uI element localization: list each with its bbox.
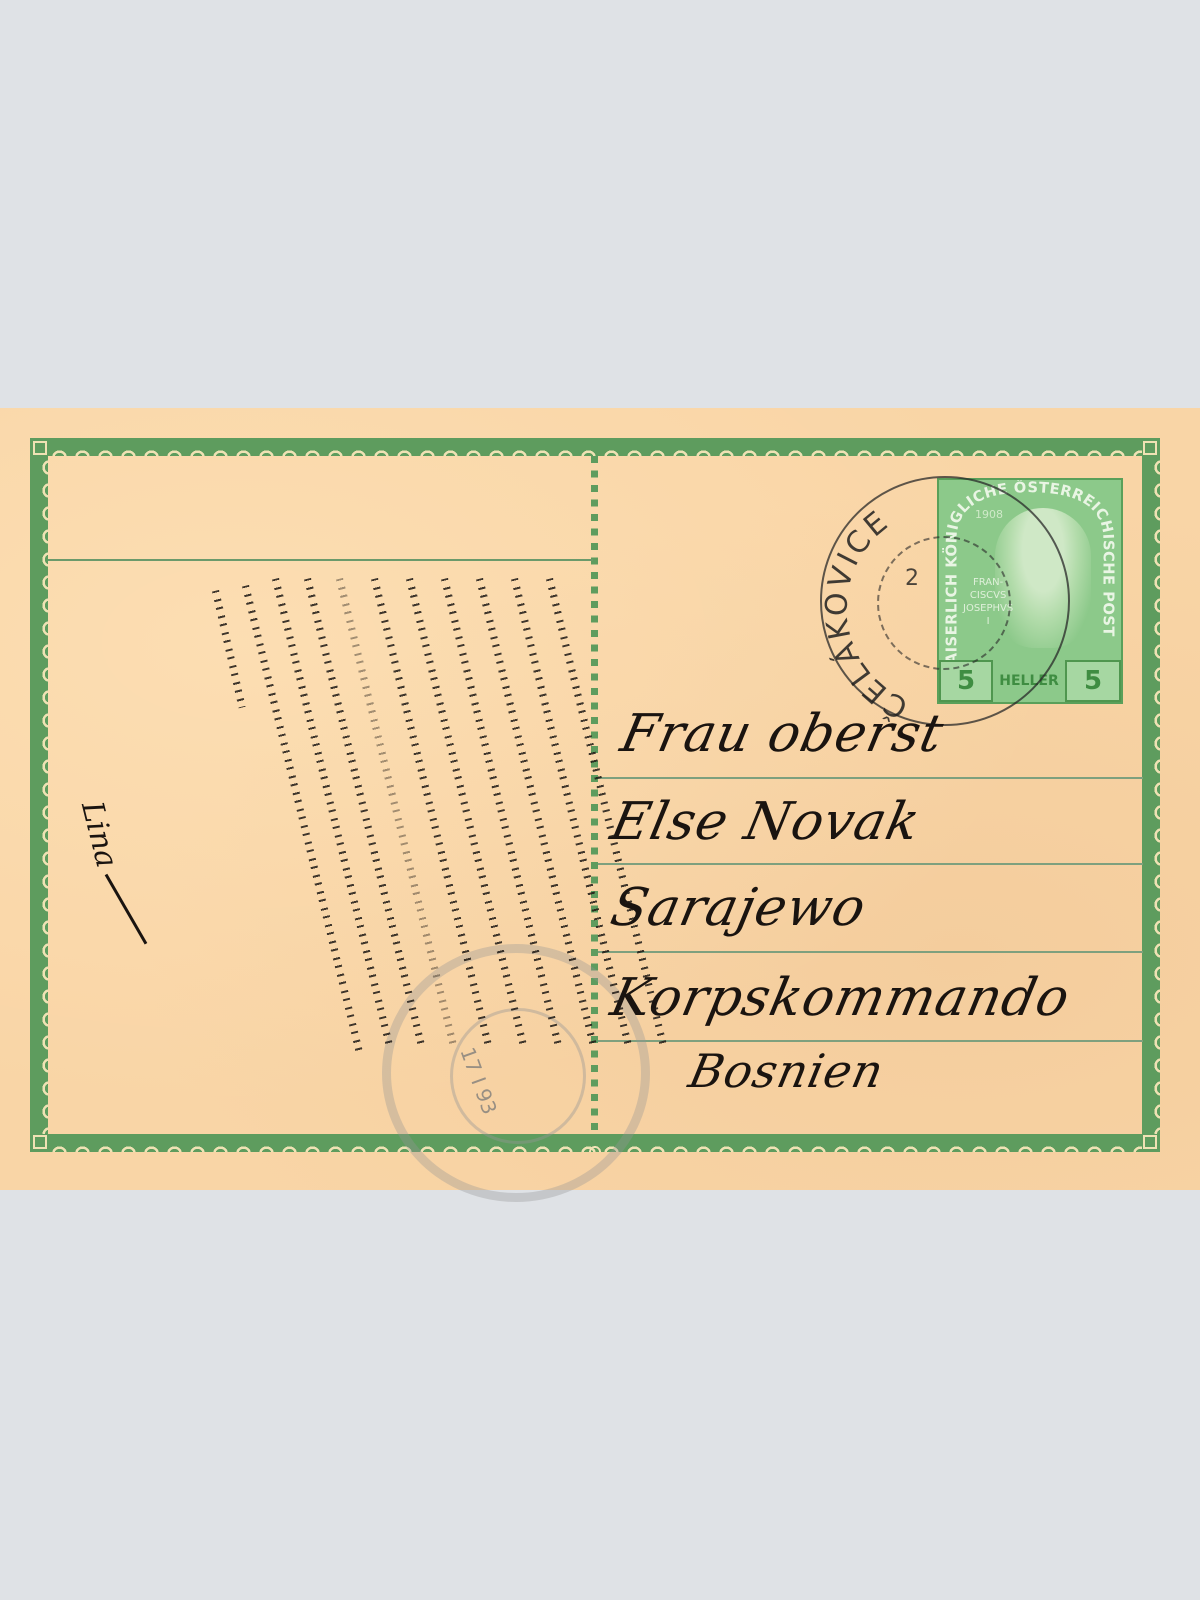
- address-line-1: Frau oberst: [616, 704, 950, 764]
- stamp-value-left: 5: [939, 660, 993, 702]
- stamp-name: FRAN- CISCVS JOSEPHVS I: [963, 576, 1013, 628]
- border-pattern-right: [1142, 456, 1160, 1134]
- address-rule: [598, 777, 1143, 779]
- message-header-rule: [48, 559, 593, 561]
- corner-ornament: [33, 1135, 47, 1149]
- border-pattern-bottom: [48, 1134, 1142, 1152]
- postage-stamp: KAISERLICH KÖNIGLICHE ÖSTERREICHISCHE PO…: [937, 478, 1123, 704]
- origin-postmark-date: 2: [905, 566, 919, 591]
- address-line-2: Else Novak: [606, 792, 926, 852]
- stamp-value-bar: 5 HELLER 5: [939, 660, 1121, 702]
- stamp-value-right: 5: [1065, 660, 1121, 702]
- border-pattern-top: [48, 438, 1142, 456]
- address-rule: [598, 951, 1143, 953]
- corner-ornament: [33, 441, 47, 455]
- address-line-5: Bosnien: [684, 1044, 889, 1098]
- corner-ornament: [1143, 1135, 1157, 1149]
- stamp-unit: HELLER: [993, 660, 1065, 702]
- stamp-year: 1908: [975, 508, 1003, 521]
- address-rule: [598, 1040, 1143, 1042]
- corner-ornament: [1143, 441, 1157, 455]
- postcard: KAISERLICH KÖNIGLICHE ÖSTERREICHISCHE PO…: [0, 408, 1200, 1190]
- address-line-4: Korpskommando: [606, 968, 1076, 1028]
- address-rule: [598, 863, 1143, 865]
- border-pattern-left: [30, 456, 48, 1134]
